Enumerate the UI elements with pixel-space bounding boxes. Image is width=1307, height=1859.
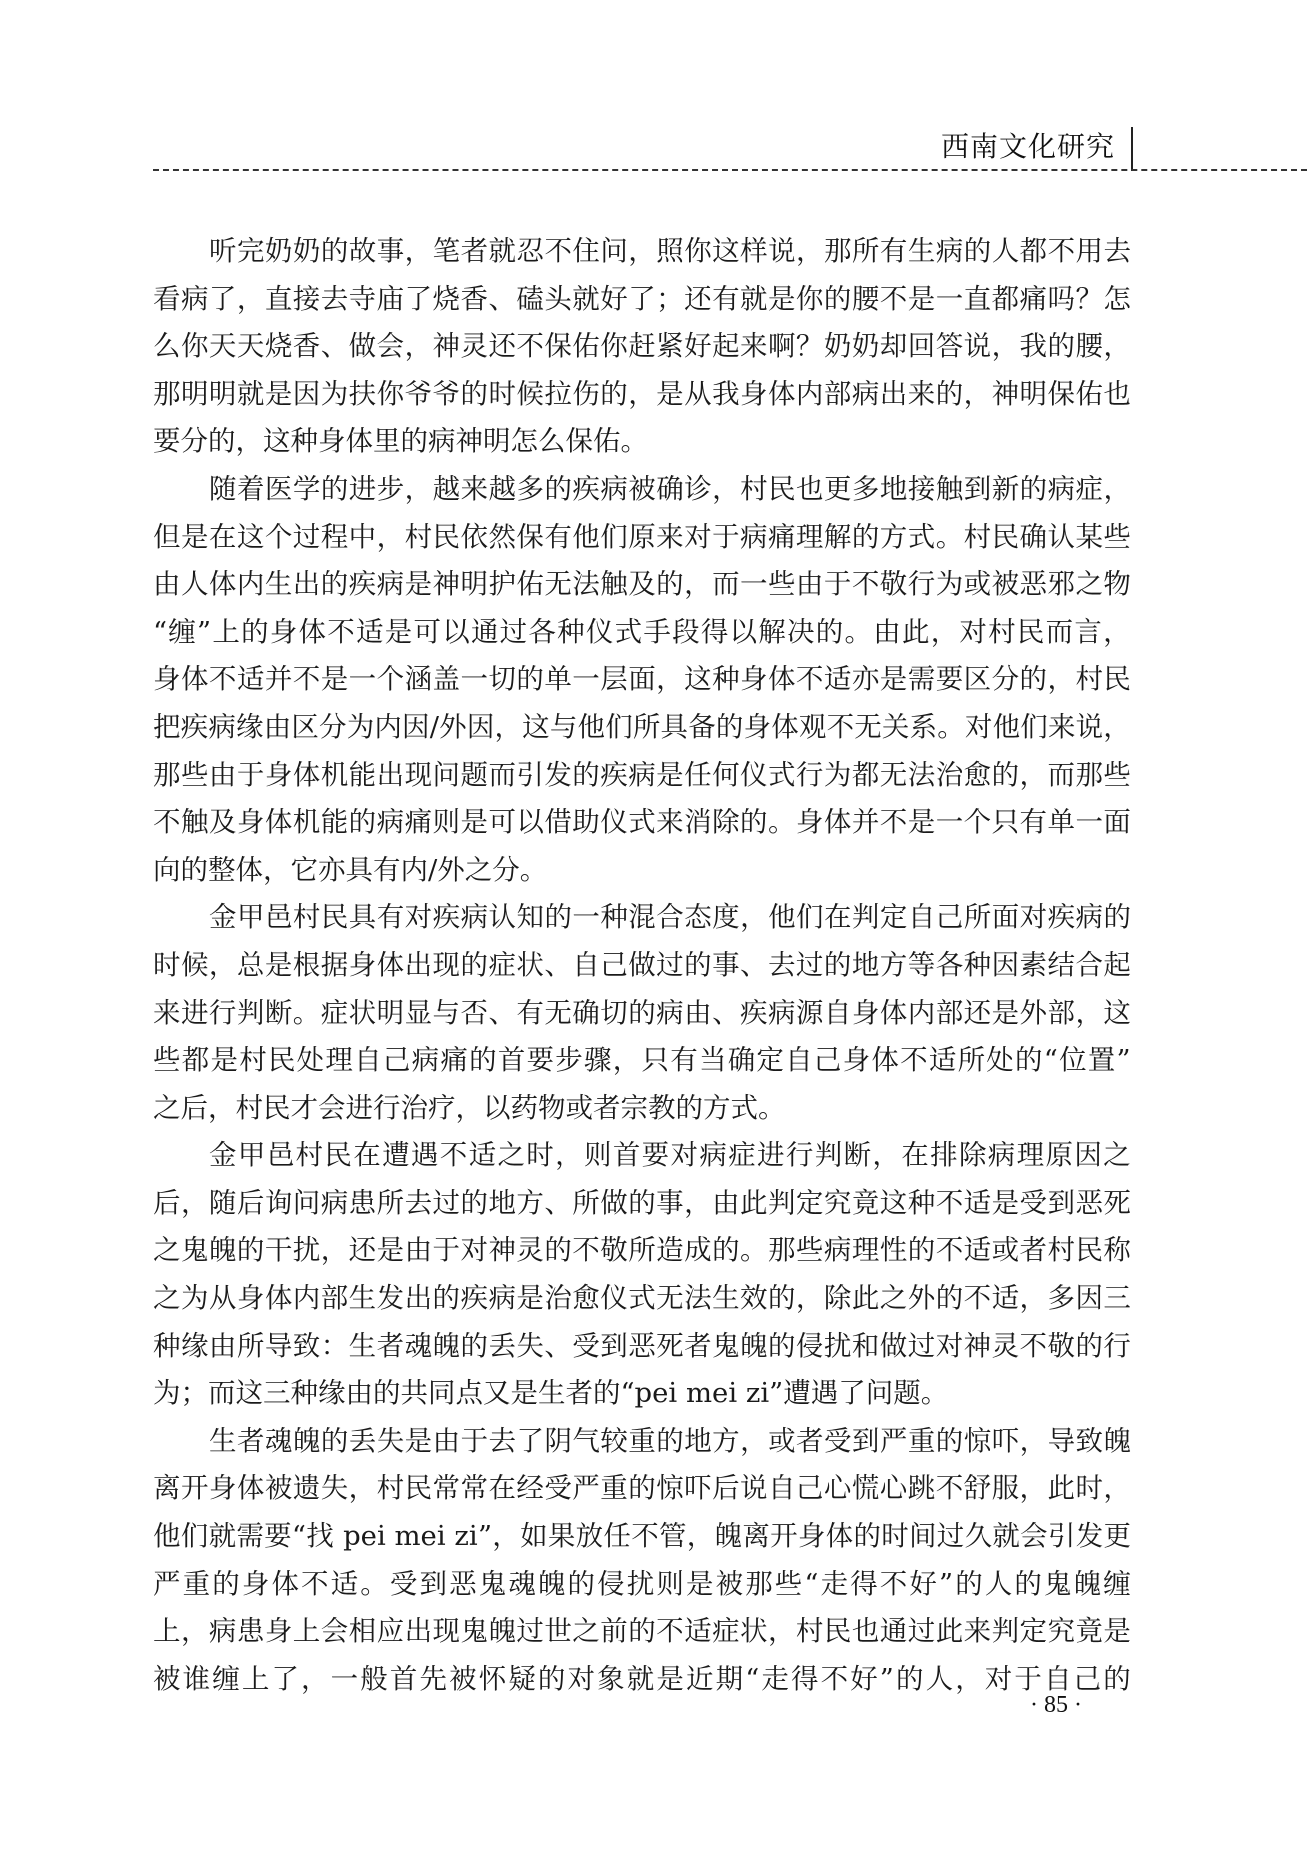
- text-line: 但是在这个过程中，村民依然保有他们原来对于病痛理解的方式。村民确认某些: [153, 514, 1131, 562]
- header-dashed-rule: [153, 169, 1307, 171]
- header-divider-bar: [1131, 127, 1133, 171]
- paragraph: 随着医学的进步，越来越多的疾病被确诊，村民也更多地接触到新的病症， 但是在这个过…: [153, 466, 1131, 894]
- paragraph: 金甲邑村民具有对疾病认知的一种混合态度，他们在判定自己所面对疾病的 时候，总是根…: [153, 894, 1131, 1132]
- text-line: 要分的，这种身体里的病神明怎么保佑。: [153, 418, 1131, 466]
- text-line: 上，病患身上会相应出现鬼魄过世之前的不适症状，村民也通过此来判定究竟是: [153, 1608, 1131, 1656]
- paragraph: 生者魂魄的丢失是由于去了阴气较重的地方，或者受到严重的惊吓，导致魄 离开身体被遗…: [153, 1418, 1131, 1704]
- text-line: 么你天天烧香、做会，神灵还不保佑你赶紧好起来啊？奶奶却回答说，我的腰，: [153, 323, 1131, 371]
- text-line: 来进行判断。症状明显与否、有无确切的病由、疾病源自身体内部还是外部，这: [153, 990, 1131, 1038]
- text-line: 为；而这三种缘由的共同点又是生者的“pei mei zi”遭遇了问题。: [153, 1370, 1131, 1418]
- text-line: 被谁缠上了，一般首先被怀疑的对象就是近期“走得不好”的人，对于自己的: [153, 1656, 1131, 1704]
- text-line: 那些由于身体机能出现问题而引发的疾病是任何仪式行为都无法治愈的，而那些: [153, 752, 1131, 800]
- journal-title: 西南文化研究: [941, 130, 1115, 164]
- page-number: · 85 ·: [1030, 1690, 1082, 1720]
- text-line: 看病了，直接去寺庙了烧香、磕头就好了；还有就是你的腰不是一直都痛吗？怎: [153, 276, 1131, 324]
- article-body: 听完奶奶的故事，笔者就忍不住问，照你这样说，那所有生病的人都不用去 看病了，直接…: [153, 228, 1131, 1703]
- paragraph: 听完奶奶的故事，笔者就忍不住问，照你这样说，那所有生病的人都不用去 看病了，直接…: [153, 228, 1131, 466]
- running-header: 西南文化研究: [0, 0, 1307, 175]
- text-line: 生者魂魄的丢失是由于去了阴气较重的地方，或者受到严重的惊吓，导致魄: [153, 1418, 1131, 1466]
- text-line: 之鬼魄的干扰，还是由于对神灵的不敬所造成的。那些病理性的不适或者村民称: [153, 1227, 1131, 1275]
- text-line: 时候，总是根据身体出现的症状、自己做过的事、去过的地方等各种因素结合起: [153, 942, 1131, 990]
- text-line: “缠”上的身体不适是可以通过各种仪式手段得以解决的。由此，对村民而言，: [153, 609, 1131, 657]
- text-line: 身体不适并不是一个涵盖一切的单一层面，这种身体不适亦是需要区分的，村民: [153, 656, 1131, 704]
- text-line: 离开身体被遗失，村民常常在经受严重的惊吓后说自己心慌心跳不舒服，此时，: [153, 1465, 1131, 1513]
- text-line: 些都是村民处理自己病痛的首要步骤，只有当确定自己身体不适所处的“位置”: [153, 1037, 1131, 1085]
- text-line: 向的整体，它亦具有内/外之分。: [153, 847, 1131, 895]
- text-line: 随着医学的进步，越来越多的疾病被确诊，村民也更多地接触到新的病症，: [153, 466, 1131, 514]
- text-line: 他们就需要“找 pei mei zi”，如果放任不管，魄离开身体的时间过久就会引…: [153, 1513, 1131, 1561]
- text-line: 之为从身体内部生发出的疾病是治愈仪式无法生效的，除此之外的不适，多因三: [153, 1275, 1131, 1323]
- text-line: 由人体内生出的疾病是神明护佑无法触及的，而一些由于不敬行为或被恶邪之物: [153, 561, 1131, 609]
- text-line: 种缘由所导致：生者魂魄的丢失、受到恶死者鬼魄的侵扰和做过对神灵不敬的行: [153, 1323, 1131, 1371]
- text-line: 之后，村民才会进行治疗，以药物或者宗教的方式。: [153, 1085, 1131, 1133]
- text-line: 听完奶奶的故事，笔者就忍不住问，照你这样说，那所有生病的人都不用去: [153, 228, 1131, 276]
- text-line: 金甲邑村民具有对疾病认知的一种混合态度，他们在判定自己所面对疾病的: [153, 894, 1131, 942]
- text-line: 把疾病缘由区分为内因/外因，这与他们所具备的身体观不无关系。对他们来说，: [153, 704, 1131, 752]
- paragraph: 金甲邑村民在遭遇不适之时，则首要对病症进行判断，在排除病理原因之 后，随后询问病…: [153, 1132, 1131, 1418]
- text-line: 严重的身体不适。受到恶鬼魂魄的侵扰则是被那些“走得不好”的人的鬼魄缠: [153, 1561, 1131, 1609]
- text-line: 金甲邑村民在遭遇不适之时，则首要对病症进行判断，在排除病理原因之: [153, 1132, 1131, 1180]
- text-line: 后，随后询问病患所去过的地方、所做的事，由此判定究竟这种不适是受到恶死: [153, 1180, 1131, 1228]
- text-line: 那明明就是因为扶你爷爷的时候拉伤的，是从我身体内部病出来的，神明保佑也: [153, 371, 1131, 419]
- text-line: 不触及身体机能的病痛则是可以借助仪式来消除的。身体并不是一个只有单一面: [153, 799, 1131, 847]
